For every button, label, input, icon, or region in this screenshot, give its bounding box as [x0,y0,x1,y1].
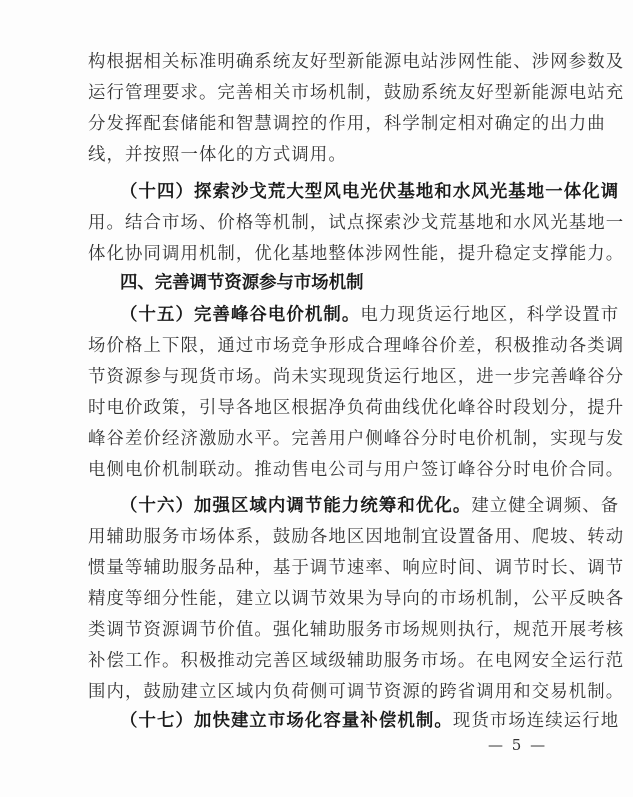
text-line: 分发挥配套储能和智慧调控的作用，科学制定相对确定的出力曲 [88,112,542,136]
paragraph-16-lead: （十六）加强区域内调节能力统筹和优化。建立健全调频、备 [120,494,542,518]
text-line: 惯量等辅助服务品种，基于调节速率、响应时间、调节时长、调节 [88,556,542,580]
text-line: 电侧电价机制联动。推动售电公司与用户签订峰谷分时电价合同。 [88,458,542,482]
paragraph-17-title: （十七）加快建立市场化容量补偿机制。 [120,711,453,731]
text-line: 场价格上下限，通过市场竞争形成合理峰谷价差，积极推动各类调 [88,334,542,358]
paragraph-17-lead: （十七）加快建立市场化容量补偿机制。现货市场连续运行地 [120,709,542,733]
text-line: 节资源参与现货市场。尚未实现现货运行地区，进一步完善峰谷分 [88,365,542,389]
text-line: 构根据相关标准明确系统友好型新能源电站涉网性能、涉网参数及 [88,50,542,74]
paragraph-14-lead: （十四）探索沙戈荒大型风电光伏基地和水风光基地一体化调 [120,180,542,204]
text-line: 时电价政策，引导各地区根据净负荷曲线优化峰谷时段划分，提升 [88,396,542,420]
page-number: — 5 — [488,735,547,755]
text-line: 用。结合市场、价格等机制，试点探索沙戈荒基地和水风光基地一 [88,211,542,235]
text-line: 围内，鼓励建立区域内负荷侧可调节资源的跨省调用和交易机制。 [88,680,542,704]
text-line: 体化协同调用机制，优化基地整体涉网性能，提升稳定支撑能力。 [88,242,542,266]
text-line: 峰谷差价经济激励水平。完善用户侧峰谷分时电价机制，实现与发 [88,427,542,451]
text-line: 线，并按照一体化的方式调用。 [88,143,542,167]
document-page: 构根据相关标准明确系统友好型新能源电站涉网性能、涉网参数及 运行管理要求。完善相… [0,0,633,797]
paragraph-16-lead-text: 建立健全调频、备 [471,496,619,516]
paragraph-16-title: （十六）加强区域内调节能力统筹和优化。 [120,496,471,516]
paragraph-17-lead-text: 现货市场连续运行地 [453,711,619,731]
text-line: 用辅助服务市场体系，鼓励各地区因地制宜设置备用、爬坡、转动 [88,525,542,549]
section-heading: 四、完善调节资源参与市场机制 [120,271,363,295]
text-line: 运行管理要求。完善相关市场机制，鼓励系统友好型新能源电站充 [88,81,542,105]
paragraph-15-lead: （十五）完善峰谷电价机制。电力现货运行地区，科学设置市 [120,303,542,327]
paragraph-15-lead-text: 电力现货运行地区，科学设置市 [360,305,619,325]
text-line: 精度等细分性能，建立以调节效果为导向的市场机制，公平反映各 [88,587,542,611]
paragraph-15-title: （十五）完善峰谷电价机制。 [120,305,360,325]
text-line: 类调节资源调节价值。强化辅助服务市场规则执行，规范开展考核 [88,618,542,642]
text-line: 补偿工作。积极推动完善区域级辅助服务市场。在电网安全运行范 [88,649,542,673]
